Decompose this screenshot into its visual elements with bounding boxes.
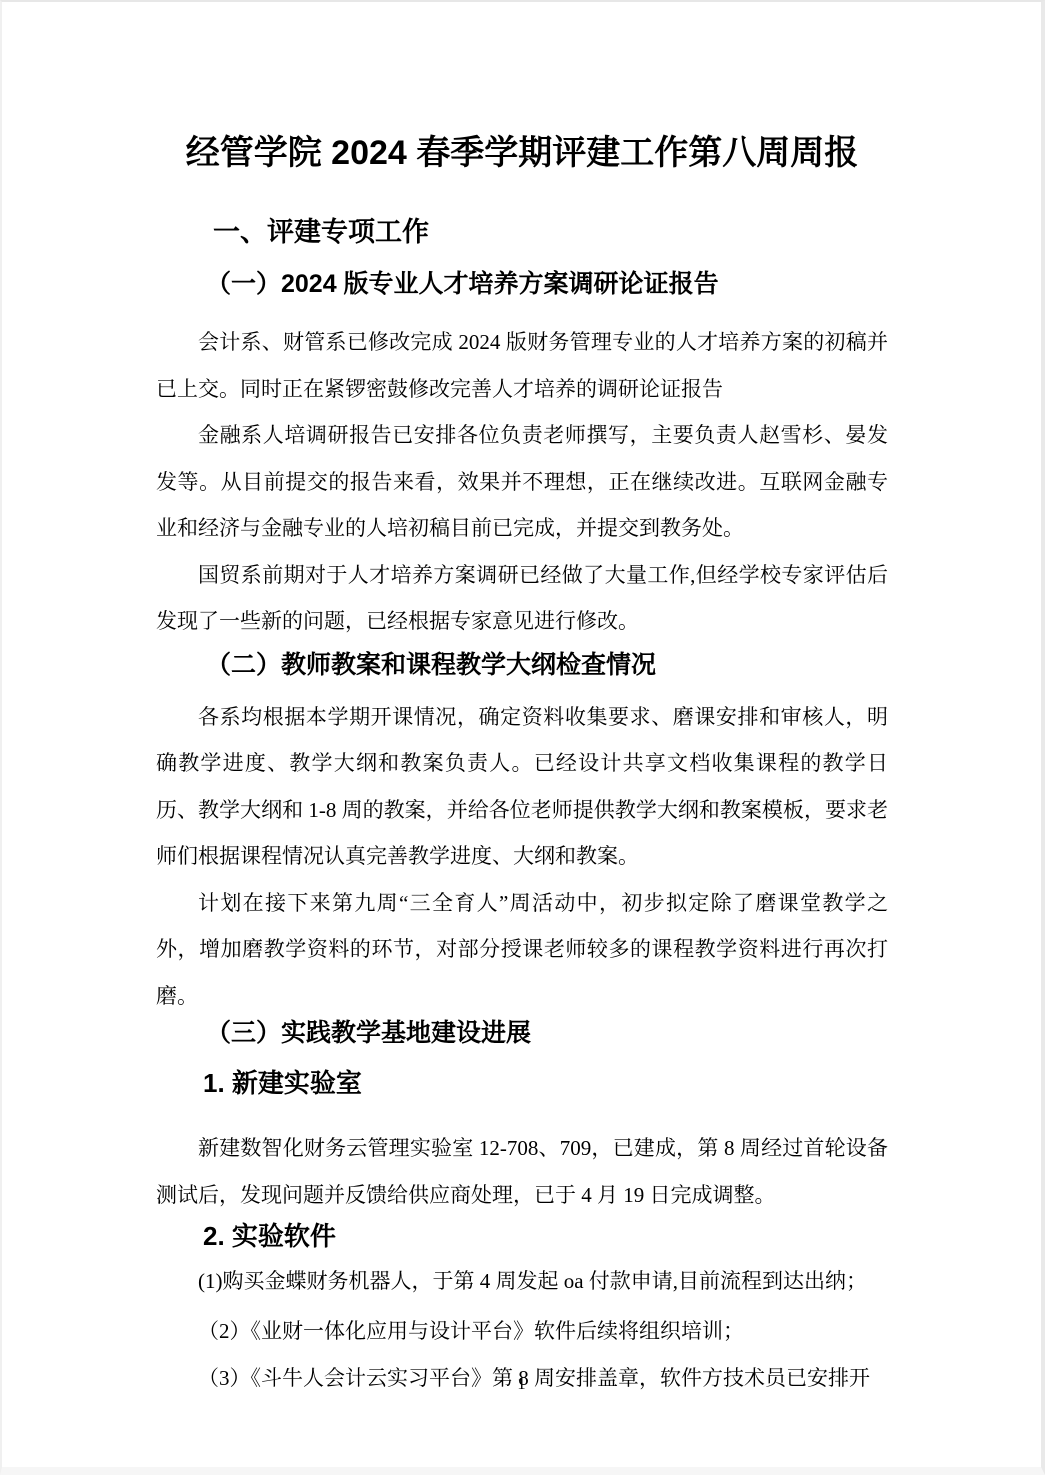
section-heading-1: （一）2024 版专业人才培养方案调研论证报告 xyxy=(156,268,888,300)
page-number: 1 xyxy=(2,1374,1041,1394)
list-item-software-1: (1)购买金蝶财务机器人，于第 4 周发起 oa 付款申请,目前流程到达出纳； xyxy=(156,1258,888,1305)
section-heading-2: （二）教师教案和课程教学大纲检查情况 xyxy=(156,649,888,681)
list-item-software-2: （2）《业财一体化应用与设计平台》软件后续将组织培训； xyxy=(156,1308,888,1355)
subsection-heading-lab-software: 2. 实验软件 xyxy=(203,1220,888,1252)
paragraph-sec1-1: 会计系、财管系已修改完成 2024 版财务管理专业的人才培养方案的初稿并已上交。… xyxy=(156,319,888,412)
part-heading-1: 一、评建专项工作 xyxy=(213,216,888,248)
section-heading-3: （三）实践教学基地建设进展 xyxy=(156,1017,888,1049)
paragraph-sec2-1: 各系均根据本学期开课情况，确定资料收集要求、磨课安排和审核人，明确教学进度、教学… xyxy=(156,694,888,880)
document-title: 经管学院 2024 春季学期评建工作第八周周报 xyxy=(156,132,888,174)
subsection-heading-new-lab: 1. 新建实验室 xyxy=(203,1067,888,1099)
paragraph-sec1-2: 金融系人培调研报告已安排各位负责老师撰写，主要负责人赵雪杉、晏发发等。从目前提交… xyxy=(156,412,888,552)
paragraph-sec2-2: 计划在接下来第九周“三全育人”周活动中，初步拟定除了磨课堂教学之外，增加磨教学资… xyxy=(156,880,888,1020)
document-page: 经管学院 2024 春季学期评建工作第八周周报 一、评建专项工作 （一）2024… xyxy=(0,0,1045,1475)
document-content: 经管学院 2024 春季学期评建工作第八周周报 一、评建专项工作 （一）2024… xyxy=(2,132,1041,1402)
paragraph-sec1-3: 国贸系前期对于人才培养方案调研已经做了大量工作,但经学校专家评估后发现了一些新的… xyxy=(156,552,888,645)
paragraph-new-lab: 新建数智化财务云管理实验室 12-708、709，已建成，第 8 周经过首轮设备… xyxy=(156,1125,888,1218)
